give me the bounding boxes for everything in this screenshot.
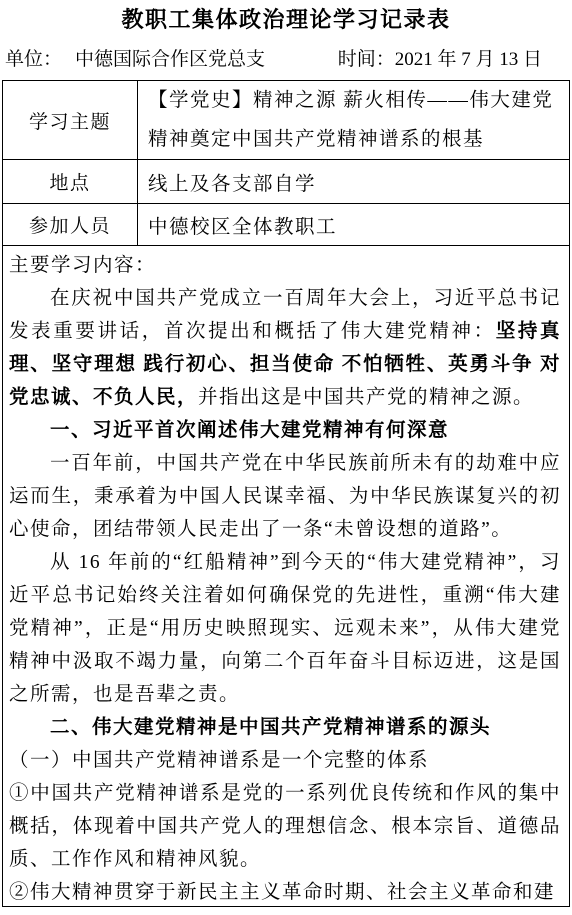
study-record-table: 学习主题 【学党史】精神之源 薪火相传——伟大建党精神奠定中国共产党精神谱系的根… — [2, 80, 570, 907]
location-text: 线上及各支部自学 — [148, 168, 559, 196]
table-row-participants: 参加人员 中德校区全体教职工 — [3, 204, 569, 246]
content-cell: 主要学习内容： 在庆祝中国共产党成立一百周年大会上，习近平总书记发表重要讲话，首… — [3, 246, 569, 906]
info-line: 单位：中德国际合作区党总支 时间：2021 年 7 月 13 日 — [5, 48, 542, 71]
intro-text-regular-2: 并指出这是中国共产党的精神之源。 — [198, 387, 534, 408]
section-heading-2: 二、伟大建党精神是中国共产党精神谱系的源头 — [9, 711, 561, 744]
table-row-location: 地点 线上及各支部自学 — [3, 160, 569, 204]
topic-row-label: 学习主题 — [3, 81, 138, 159]
section-heading-1: 一、习近平首次阐述伟大建党精神有何深意 — [9, 414, 561, 447]
participants-row-label: 参加人员 — [3, 204, 138, 245]
paragraph-point-1: ①中国共产党精神谱系是党的一系列优良传统和作风的集中概括，体现着中国共产党人的理… — [9, 777, 561, 876]
time-field: 时间：2021 年 7 月 13 日 — [338, 48, 542, 71]
content-heading: 主要学习内容： — [9, 249, 561, 282]
topic-row-value: 【学党史】精神之源 薪火相传——伟大建党精神奠定中国共产党精神谱系的根基 — [138, 81, 569, 159]
location-row-value: 线上及各支部自学 — [138, 160, 569, 203]
table-row-topic: 学习主题 【学党史】精神之源 薪火相传——伟大建党精神奠定中国共产党精神谱系的根… — [3, 81, 569, 160]
document-title: 教职工集体政治理论学习记录表 — [0, 0, 572, 33]
unit-label: 单位： — [5, 49, 62, 70]
topic-text: 【学党史】精神之源 薪火相传——伟大建党精神奠定中国共产党精神谱系的根基 — [148, 81, 559, 159]
paragraph-intro: 在庆祝中国共产党成立一百周年大会上，习近平总书记发表重要讲话，首次提出和概括了伟… — [9, 282, 561, 414]
paragraph-point-2: ②伟大精神贯穿于新民主主义革命时期、社会主义革命和建 — [9, 876, 561, 906]
participants-row-value: 中德校区全体教职工 — [138, 204, 569, 245]
location-row-label: 地点 — [3, 160, 138, 203]
intro-text-regular: 在庆祝中国共产党成立一百周年大会上，习近平总书记发表重要讲话，首次提出和概括了伟… — [9, 288, 561, 342]
unit-value: 中德国际合作区党总支 — [75, 49, 265, 70]
paragraph-hundred-years: 一百年前，中国共产党在中华民族前所未有的劫难中应运而生，秉承着为中国人民谋幸福、… — [9, 447, 561, 546]
subsection-heading: （一）中国共产党精神谱系是一个完整的体系 — [9, 744, 561, 777]
time-value: 2021 年 7 月 13 日 — [395, 49, 542, 70]
paragraph-red-boat: 从 16 年前的“红船精神”到今天的“伟大建党精神”，习近平总书记始终关注着如何… — [9, 546, 561, 711]
unit-field: 单位：中德国际合作区党总支 — [5, 48, 265, 71]
time-label: 时间： — [338, 49, 395, 70]
document-page: 教职工集体政治理论学习记录表 单位：中德国际合作区党总支 时间：2021 年 7… — [0, 0, 572, 915]
participants-text: 中德校区全体教职工 — [148, 211, 559, 239]
